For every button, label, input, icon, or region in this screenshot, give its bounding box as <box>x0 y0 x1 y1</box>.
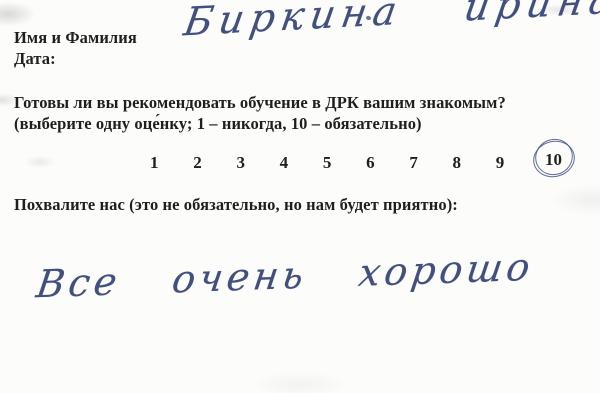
name-label: Имя и Фамилия <box>14 27 137 48</box>
handwritten-name: Биркина ирина <box>181 0 600 45</box>
selected-rating-circle: 10 <box>539 147 568 173</box>
question-hint: (выберите одну оце́нку; 1 – никогда, 10 … <box>14 113 422 134</box>
rating-option-9: 9 <box>496 153 505 173</box>
rating-option-8: 8 <box>453 153 462 173</box>
praise-label: Похвалите нас (это не обязательно, но на… <box>14 194 458 215</box>
date-label: Дата: <box>14 48 56 69</box>
rating-option-4: 4 <box>280 153 289 173</box>
rating-option-10: 10 <box>545 150 562 169</box>
rating-scale: 1 2 3 4 5 6 7 8 9 10 <box>150 150 568 176</box>
rating-option-1: 1 <box>150 153 159 173</box>
scanned-feedback-form: Имя и Фамилия Дата: Биркина ирина Готовы… <box>0 0 600 393</box>
rating-option-6: 6 <box>366 153 375 173</box>
rating-option-5: 5 <box>323 153 332 173</box>
rating-option-2: 2 <box>193 153 202 173</box>
handwritten-praise: Все очень хорошо <box>34 245 537 307</box>
rating-option-7: 7 <box>409 153 418 173</box>
question-text: Готовы ли вы рекомендовать обучение в ДР… <box>14 92 506 113</box>
rating-option-3: 3 <box>236 153 245 173</box>
